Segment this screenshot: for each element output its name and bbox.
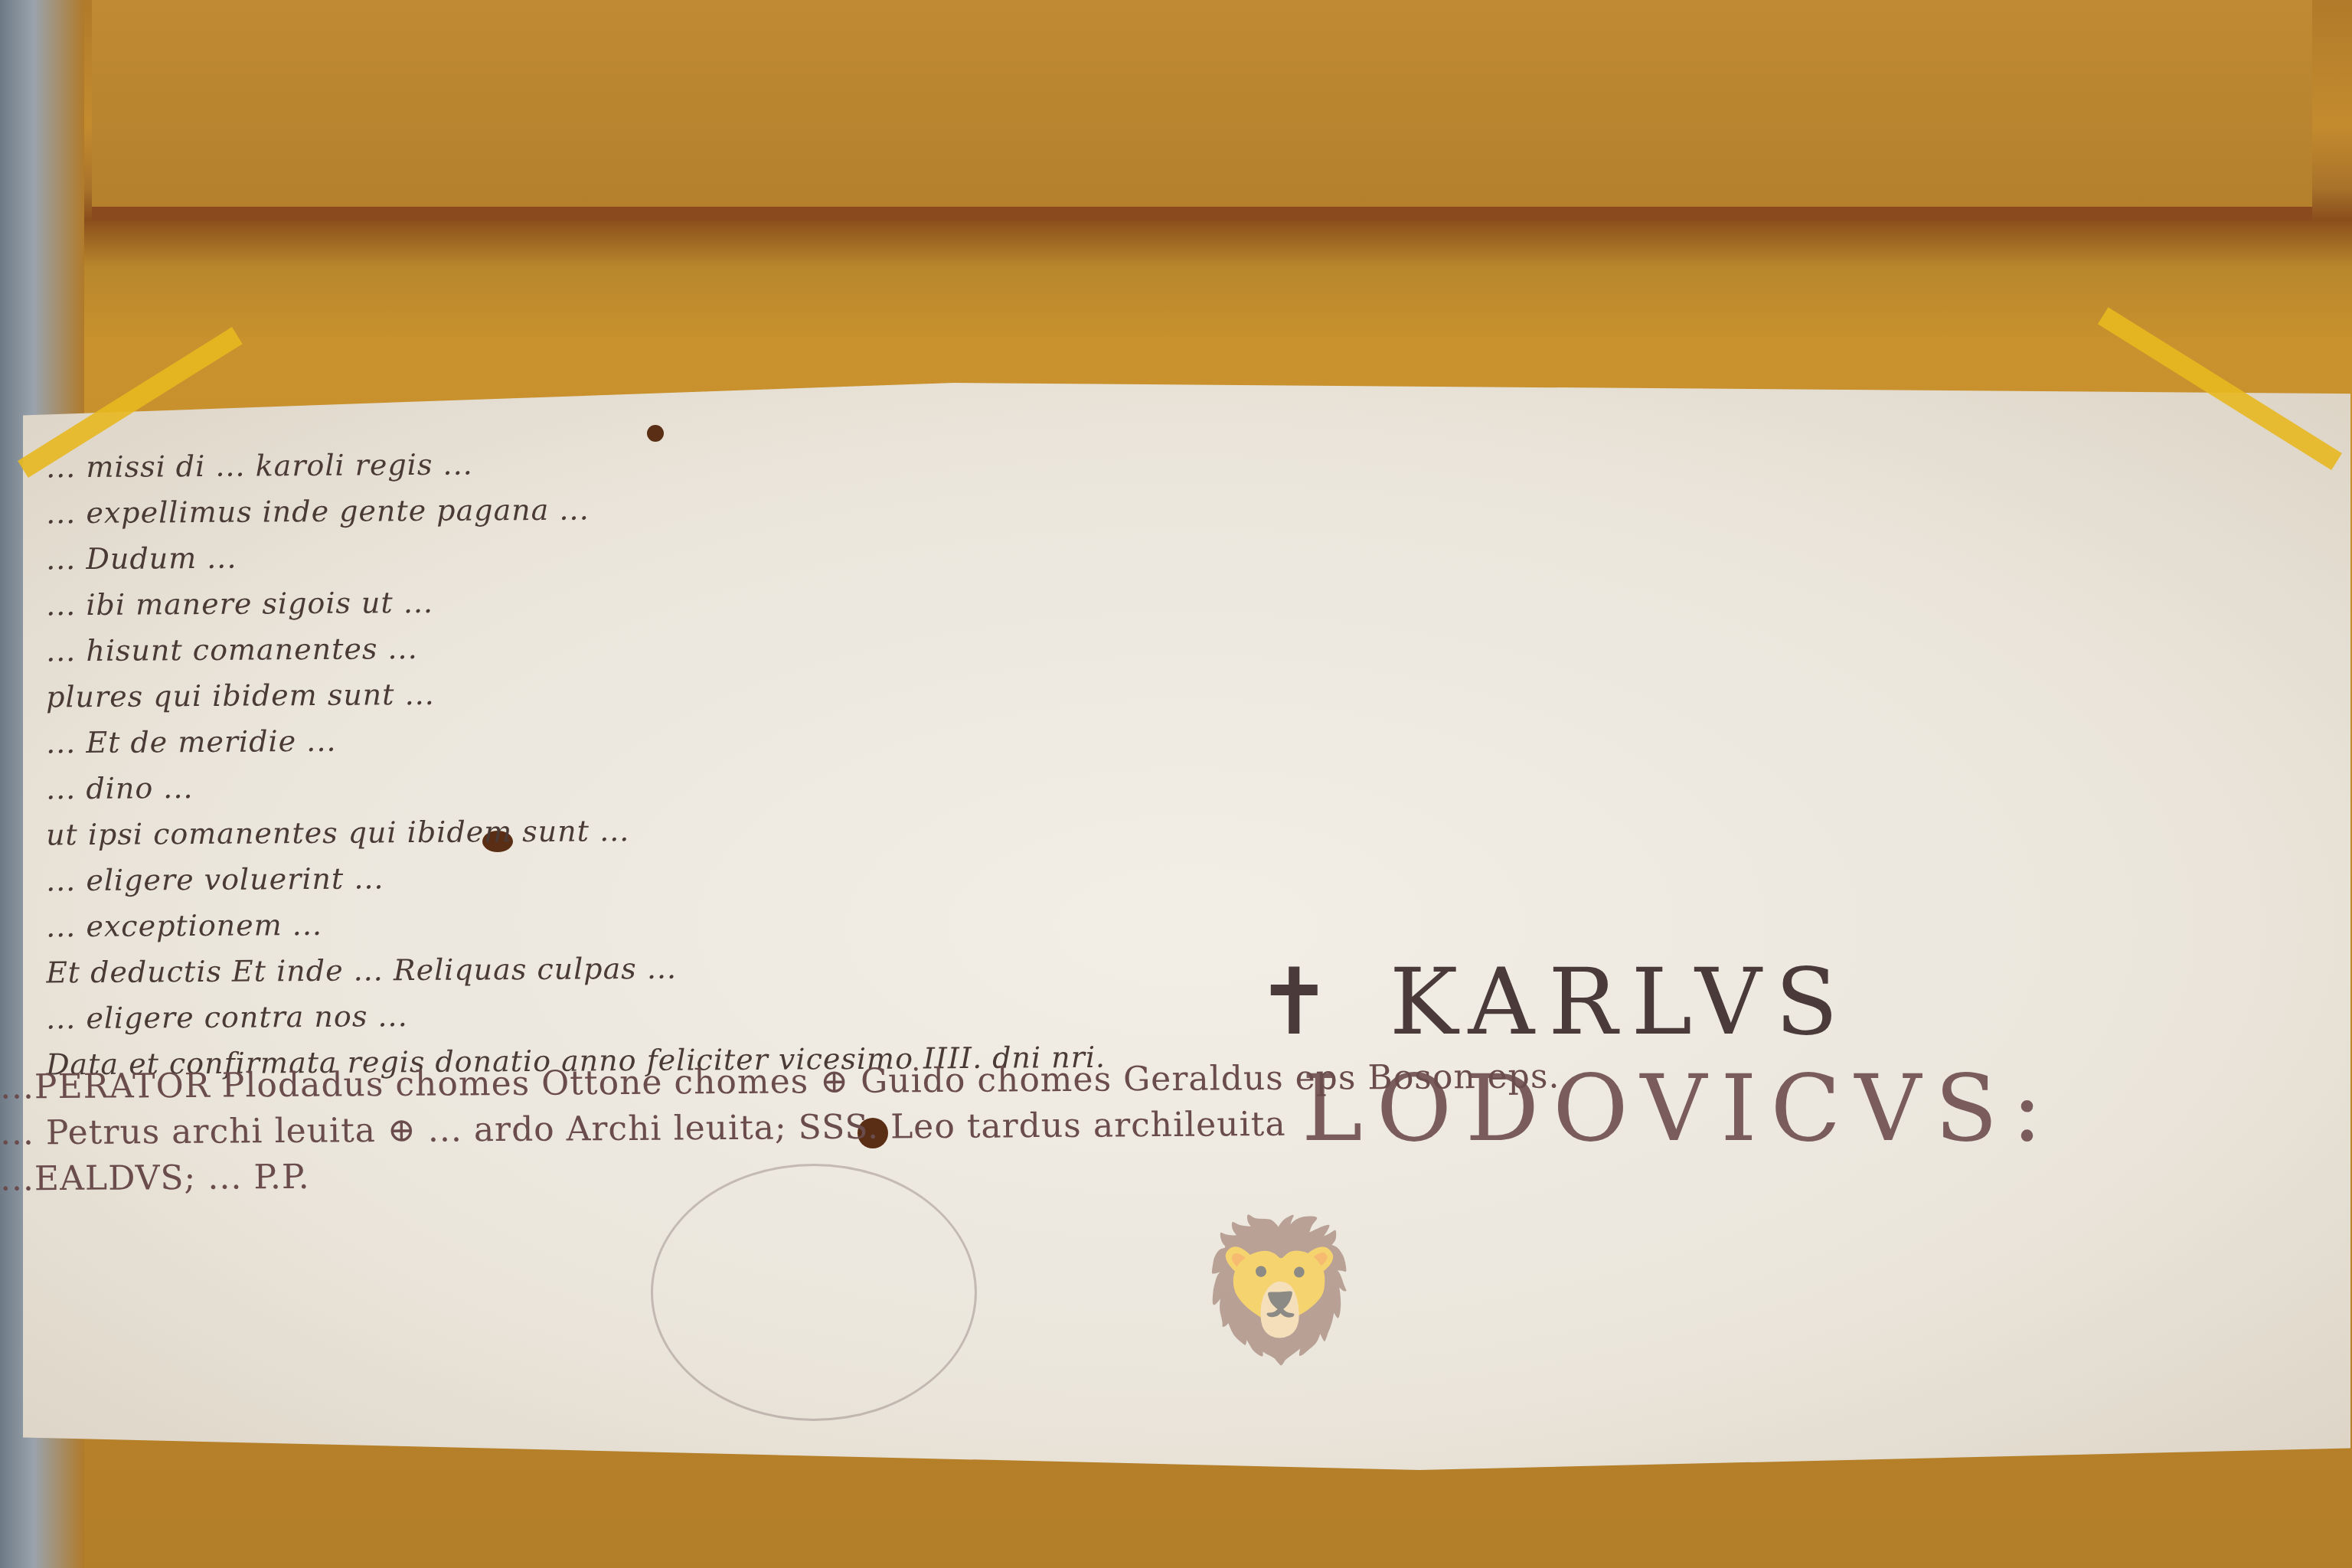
signature-name: KARLVS [1390,949,1852,1056]
wax-seal-outline [651,1164,977,1421]
lion-drawing-icon: 🦁 [1194,1210,1366,1371]
cross-icon: ✝ [1256,949,1347,1056]
folio-board [92,0,2312,220]
subscriptions: ...PERATOR Plodadus chomes Ottone chomes… [0,1057,2327,1194]
